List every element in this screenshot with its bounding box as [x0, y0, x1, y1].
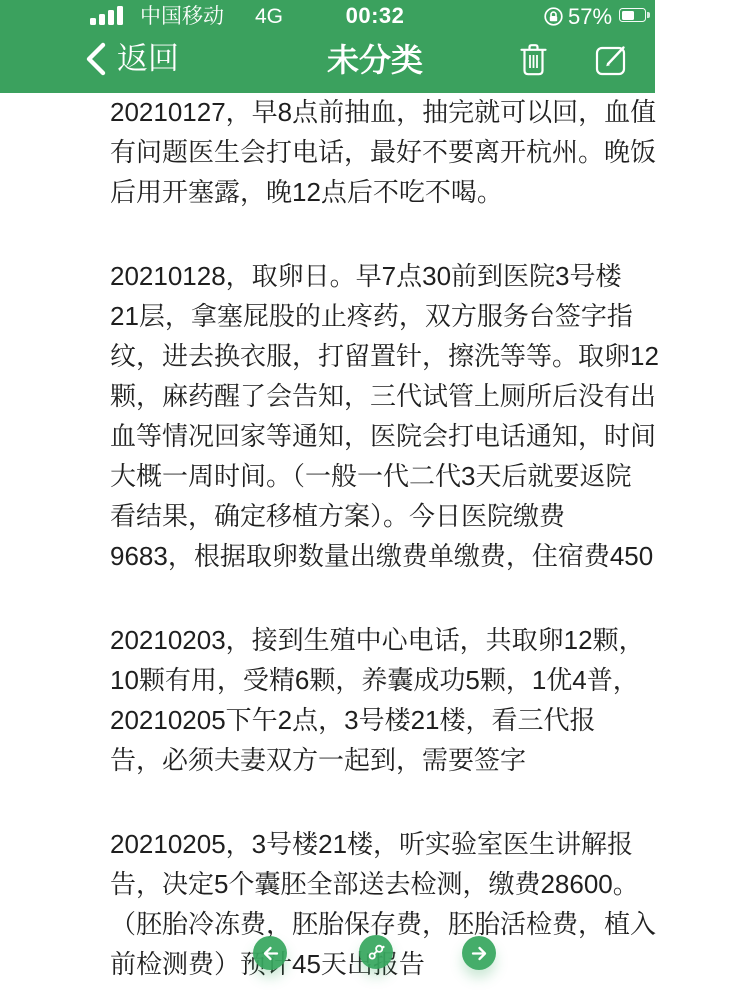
- note-paragraph: 20210127，早8点前抽血，抽完就可以回，血值有问题医生会打电话，最好不要离…: [110, 92, 655, 212]
- clock: 00:32: [346, 3, 405, 29]
- back-button-label: 返回: [117, 39, 179, 79]
- note-line: 告，决定5个囊胚全部送去检测，缴费28600。: [110, 864, 655, 904]
- delete-note-button[interactable]: [518, 41, 549, 78]
- rotation-lock-icon: [543, 6, 564, 27]
- carrier-label: 中国移动: [140, 4, 224, 29]
- signal-strength-icon: [90, 6, 123, 25]
- page-title: 未分类: [327, 42, 423, 78]
- note-line: 看结果，确定移植方案）。今日医院缴费: [110, 496, 655, 536]
- app-header: 中国移动 4G 00:32 57% 返回 未分类: [0, 0, 655, 93]
- arrow-right-icon: [470, 944, 489, 963]
- compose-edit-icon: [595, 43, 631, 76]
- battery-fill: [622, 11, 635, 20]
- note-line: 20210205下午2点，3号楼21楼，看三代报: [110, 700, 655, 740]
- trash-icon: [518, 41, 549, 78]
- note-line: 20210203，接到生殖中心电话，共取卵12颗，: [110, 620, 655, 660]
- nav-bar: 返回 未分类: [0, 33, 655, 93]
- note-line: 10颗有用，受精6颗，养囊成功5颗，1优4普，: [110, 660, 655, 700]
- note-line: 20210205，3号楼21楼，听实验室医生讲解报: [110, 824, 655, 864]
- note-line: 纹，进去换衣服，打留置针，擦洗等等。取卵12: [110, 336, 655, 376]
- share-note-button[interactable]: [359, 935, 393, 969]
- note-body[interactable]: 20210127，早8点前抽血，抽完就可以回，血值有问题医生会打电话，最好不要离…: [110, 92, 655, 984]
- compose-note-button[interactable]: [595, 43, 631, 76]
- note-line: 颗，麻药醒了会告知，三代试管上厕所后没有出: [110, 376, 655, 416]
- note-line: 告，必须夫妻双方一起到，需要签字: [110, 740, 655, 780]
- arrow-left-icon: [261, 944, 280, 963]
- note-line: 有问题医生会打电话，最好不要离开杭州。晚饭: [110, 132, 655, 172]
- note-paragraph: 20210128，取卵日。早7点30前到医院3号楼21层，拿塞屁股的止疼药，双方…: [110, 256, 655, 576]
- note-line: 血等情况回家等通知，医院会打电话通知，时间: [110, 416, 655, 456]
- next-note-button[interactable]: [462, 936, 496, 970]
- back-button[interactable]: 返回: [84, 39, 179, 79]
- note-line: 大概一周时间。（一般一代二代3天后就要返院: [110, 456, 655, 496]
- status-bar: 中国移动 4G 00:32 57%: [0, 0, 655, 33]
- note-paragraph: 20210203，接到生殖中心电话，共取卵12颗，10颗有用，受精6颗，养囊成功…: [110, 620, 655, 780]
- battery-percent-label: 57%: [568, 4, 612, 29]
- network-type-label: 4G: [255, 4, 283, 29]
- note-line: 后用开塞露，晚12点后不吃不喝。: [110, 172, 655, 212]
- chevron-left-icon: [84, 40, 108, 78]
- note-line: 9683，根据取卵数量出缴费单缴费，住宿费450: [110, 536, 655, 576]
- note-line: 20210128，取卵日。早7点30前到医院3号楼: [110, 256, 655, 296]
- note-line: 20210127，早8点前抽血，抽完就可以回，血值: [110, 92, 655, 132]
- note-line: 21层，拿塞屁股的止疼药，双方服务台签字指: [110, 296, 655, 336]
- previous-note-button[interactable]: [253, 936, 287, 970]
- battery-icon: [619, 8, 650, 22]
- share-nodes-icon: [366, 942, 386, 962]
